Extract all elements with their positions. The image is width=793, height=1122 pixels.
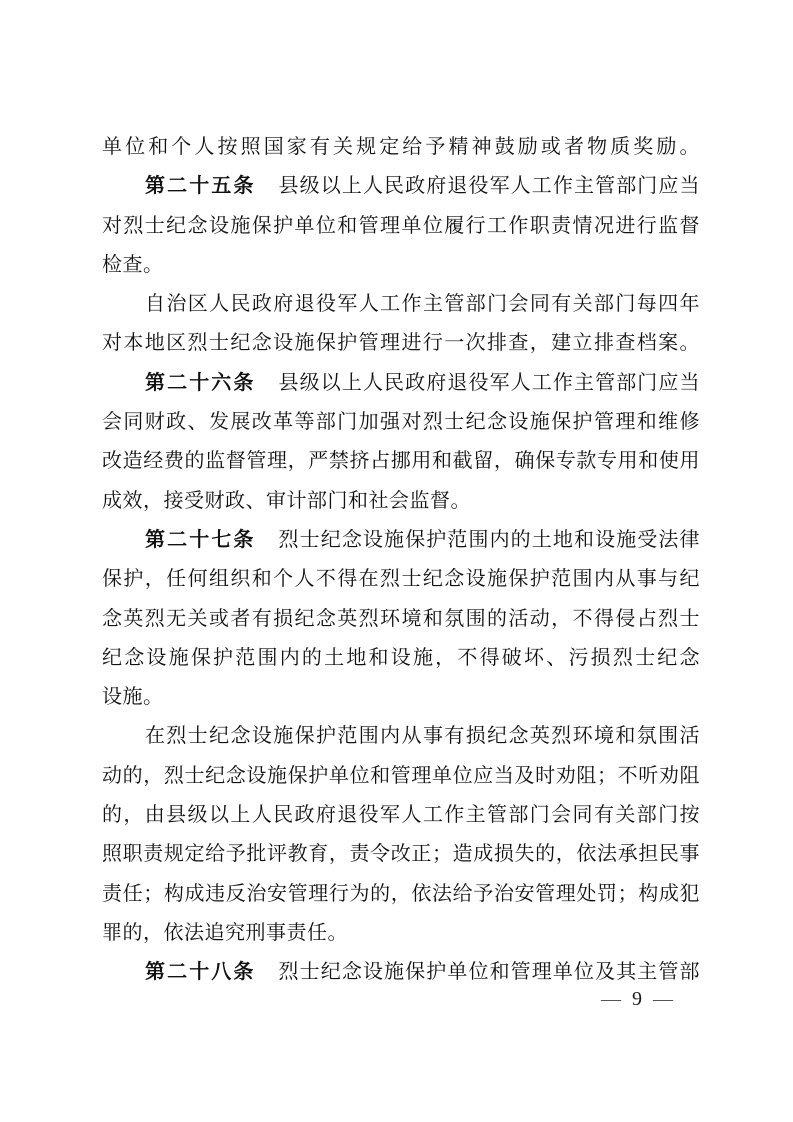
text-line: 罪的，依法追究刑事责任。 (102, 914, 700, 953)
text-line: 检查。 (102, 246, 700, 285)
text-line: 保护，任何组织和个人不得在烈士纪念设施保护范围内从事与纪 (102, 560, 700, 599)
text-line: 纪念设施保护范围内的土地和设施，不得破坏、污损烈士纪念 (102, 639, 700, 678)
footer-dash-right: — (653, 986, 673, 1012)
text-line: 第二十七条烈士纪念设施保护范围内的土地和设施受法律 (102, 521, 700, 560)
footer-dash-left: — (601, 986, 621, 1012)
paragraph-article-25: 第二十五条县级以上人民政府退役军人工作主管部门应当 对烈士纪念设施保护单位和管理… (102, 167, 700, 285)
text-line: 第二十六条县级以上人民政府退役军人工作主管部门应当 (102, 364, 700, 403)
text-line: 成效，接受财政、审计部门和社会监督。 (102, 482, 700, 521)
document-body: 单位和个人按照国家有关规定给予精神鼓励或者物质奖励。 第二十五条县级以上人民政府… (102, 128, 700, 993)
text-line: 自治区人民政府退役军人工作主管部门会同有关部门每四年 (102, 285, 700, 324)
text-line: 对本地区烈士纪念设施保护管理进行一次排查，建立排查档案。 (102, 324, 700, 363)
paragraph: 自治区人民政府退役军人工作主管部门会同有关部门每四年 对本地区烈士纪念设施保护管… (102, 285, 700, 364)
text-line: 责任；构成违反治安管理行为的，依法给予治安管理处罚；构成犯 (102, 875, 700, 914)
text-line: 动的，烈士纪念设施保护单位和管理单位应当及时劝阻；不听劝阻 (102, 757, 700, 796)
article-number: 第二十八条 (145, 961, 256, 983)
paragraph-article-26: 第二十六条县级以上人民政府退役军人工作主管部门应当 会同财政、发展改革等部门加强… (102, 364, 700, 521)
line-text: 烈士纪念设施保护范围内的土地和设施受法律 (279, 529, 700, 551)
page-footer: — 9 — (601, 986, 673, 1012)
text-line: 的，由县级以上人民政府退役军人工作主管部门会同有关部门按 (102, 796, 700, 835)
text-line: 会同财政、发展改革等部门加强对烈士纪念设施保护管理和维修 (102, 403, 700, 442)
paragraph: 单位和个人按照国家有关规定给予精神鼓励或者物质奖励。 (102, 128, 700, 167)
text-line: 改造经费的监督管理，严禁挤占挪用和截留，确保专款专用和使用 (102, 442, 700, 481)
line-text: 烈士纪念设施保护单位和管理单位及其主管部 (279, 961, 700, 983)
article-number: 第二十七条 (145, 529, 256, 551)
text-line: 对烈士纪念设施保护单位和管理单位履行工作职责情况进行监督 (102, 207, 700, 246)
paragraph-article-27: 第二十七条烈士纪念设施保护范围内的土地和设施受法律 保护，任何组织和个人不得在烈… (102, 521, 700, 717)
document-page: 单位和个人按照国家有关规定给予精神鼓励或者物质奖励。 第二十五条县级以上人民政府… (0, 0, 793, 1122)
text-line: 在烈士纪念设施保护范围内从事有损纪念英烈环境和氛围活 (102, 717, 700, 756)
text-line: 照职责规定给予批评教育，责令改正；造成损失的，依法承担民事 (102, 835, 700, 874)
text-line: 单位和个人按照国家有关规定给予精神鼓励或者物质奖励。 (102, 128, 700, 167)
text-line: 念英烈无关或者有损纪念英烈环境和氛围的活动，不得侵占烈士 (102, 600, 700, 639)
paragraph: 在烈士纪念设施保护范围内从事有损纪念英烈环境和氛围活 动的，烈士纪念设施保护单位… (102, 717, 700, 953)
line-text: 县级以上人民政府退役军人工作主管部门应当 (279, 175, 700, 197)
line-text: 县级以上人民政府退役军人工作主管部门应当 (279, 372, 700, 394)
text-line: 设施。 (102, 678, 700, 717)
article-number: 第二十六条 (145, 372, 256, 394)
text-line: 第二十五条县级以上人民政府退役军人工作主管部门应当 (102, 167, 700, 206)
article-number: 第二十五条 (145, 175, 256, 197)
page-number: 9 (632, 986, 642, 1012)
